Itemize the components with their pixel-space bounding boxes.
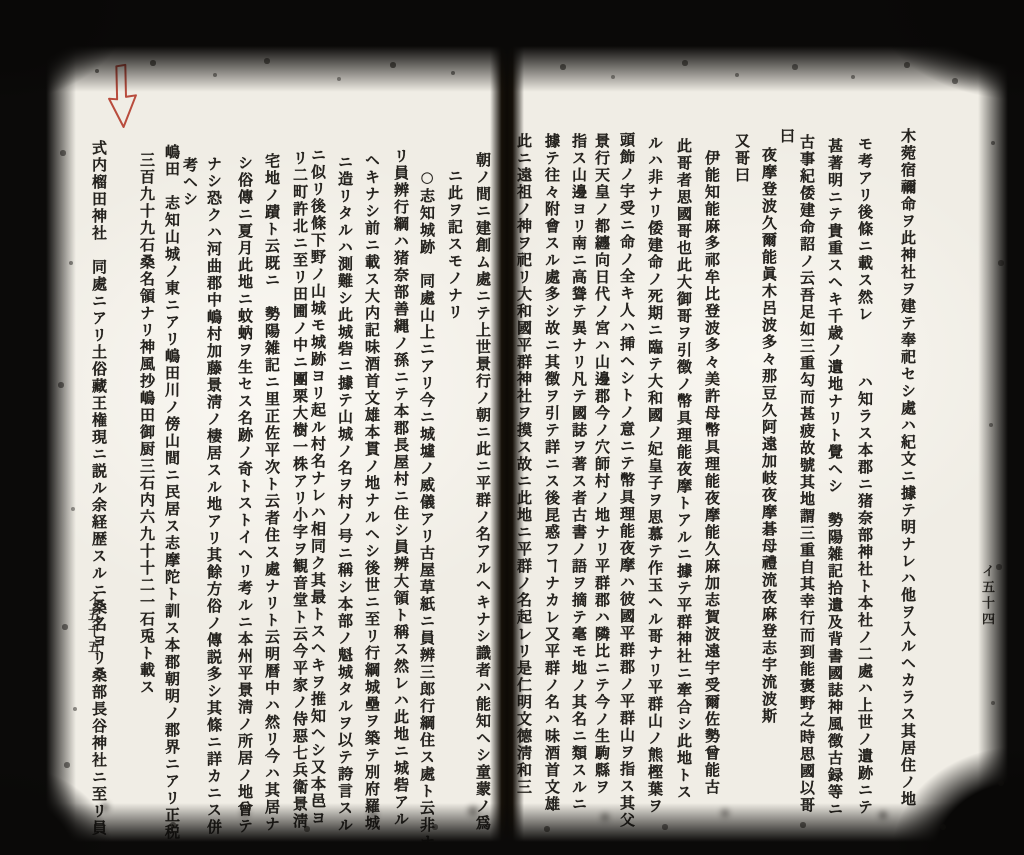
folio-number-right: イ五十四 <box>977 564 996 628</box>
right-page-text-column-13: 指ス山邊ヨリ南ニ高聳テ異ナリ凡テ國誌ヲ著ス者古書ノ語ヲ摘テ毫モ地ノ其名ニ類スルニ <box>569 133 590 813</box>
book-binding-gutter <box>490 0 524 855</box>
left-page-text-column-12: 考ヘシ <box>180 157 201 208</box>
right-page-text-column-2: モ考アリ後條ニ載ス然レ𪜈其眞ハ知ラス本郡ニ猪奈部神社ト本社ノ二處ハ上世ノ遺跡ニテ <box>855 136 876 816</box>
left-page-text-column-14: 三百九十九石桑名領ナリ神風抄嶋田御厨三石内六九十十二一石兎ト載ス <box>137 152 158 696</box>
right-page-text-column-5: 曰 <box>777 128 798 145</box>
left-page-text-column-15: 式内榴田神社 同處ニアリ土俗藏王権現ニ説ル余経歴スルニ桑名ヨリ桑部長谷神社ニ至リ… <box>89 140 110 837</box>
right-page-text-column-12: 景行天皇ノ都纏向日代ノ宮ハ山邊郡今ノ穴師村ノ地ナリ平群郡ハ隣比ニテ今ノ生駒縣ヲ <box>592 133 613 796</box>
left-page-text-column-9: 宅地ノ蹟ト云既ニ 勢陽雑記ニ里正佐平次ト云者住ス處ナリト云明暦中ハ然リ今ハ其居ナ <box>262 153 283 833</box>
right-page-text-column-1: 木菀宿禰命ヲ此神社ヲ建テ奉祀セシ處ハ紀文ニ據テ明ナレハ他ヲ入ルヘカラス其居住ノ地 <box>898 128 919 808</box>
right-page-text-column-6: 夜摩登波久爾能眞木呂波多々那豆久阿遠加岐夜摩碁母禮流夜麻登志宇流波斯 <box>759 147 780 725</box>
scan-noise-speckles <box>0 0 2 2</box>
left-page-text-column-4: リ員辨行綱ハ猪奈部善縄ノ孫ニテ本郡長屋村ニ住シ員辨大領ト稱ス然レハ此地ニ城砦アル <box>391 148 412 828</box>
right-page-text-column-7: 又哥曰 <box>732 133 753 184</box>
left-page-text-column-2: ニ此ヲ記スモノナリ <box>445 168 466 321</box>
right-page-text-column-9: 此哥者思國哥也此大御哥ヲ引徴ノ幣具理能夜摩トアルニ據テ平群神社ニ牽合シ此地トス <box>674 138 695 801</box>
right-page-text-column-11: 頭飾ノ宇受ニ命ノ全キ人ハ挿ヘシトノ意ニテ幣具理能夜摩ハ彼國平群郡ノ平群山ヲ指ス其… <box>617 132 638 829</box>
book-scan: 木菀宿禰命ヲ此神社ヲ建テ奉祀セシ處ハ紀文ニ據テ明ナレハ他ヲ入ルヘカラス其居住ノ地… <box>0 0 1024 855</box>
left-page-text-column-6: ニ造リタルハ測難シ此城砦ニ據テ山城ノ名ヲ村ノ号ニ稱シ本部ノ魁城タルヲ以テ誇言スル <box>335 154 356 834</box>
red-arrow-annotation-icon <box>104 62 142 132</box>
right-page-text-column-4: 古事紀倭建命詔ノ云吾足如三重勾而甚疲故號其地謂三重自其幸行而到能褒野之時思國以哥 <box>797 134 818 814</box>
left-page-text-column-10: シ俗傳ニ夏月此地ニ蚊蚋ヲ生セス名跡ノ奇トストイヘリ考ルニ本州平景淸ノ所居ノ地曾テ <box>235 155 256 835</box>
left-page-text-column-7: ニ似リ後條下野ノ山城モ城跡ヨリ起ル村名ナレハ相同ク其最トスヘキヲ推知ヘシ又本邑ヨ <box>308 147 329 827</box>
left-page-text-column-11: ナシ恐クハ河曲郡中嶋村加藤景淸ノ棲居スル地アリ其餘方俗ノ傳説多シ其條ニ詳カニス併 <box>204 156 225 836</box>
left-page-text-column-5: ヘキナシ前ニ載ス大内記味酒首文雄本貫ノ地ナルヘシ後世ニ至リ行綱城壘ヲ築テ別府羅城 <box>362 152 383 832</box>
left-page-text-column-3: ○志知城跡 同處山上ニアリ今ニ城墟ノ威儀アリ古屋草紙ニ員辨三郎行綱住ス處ト云非ナ <box>417 168 438 851</box>
right-page-text-column-3: 甚著明ニテ貴重スヘキ千歳ノ遺地ナリト覺ヘシ 勢陽雑記拾遺及背書國誌神風徴古録等ニ <box>825 138 846 818</box>
right-page-text-column-8: 伊能知能麻多祁牟比登波多々美許母幣具理能夜摩能久麻加志賀波遠宇受爾佐勢曾能古 <box>702 150 723 796</box>
right-page-text-column-10: ルハ非ナリ倭建命ノ死期ニ臨テ大和國ノ妃皇子ヲ思慕テ作玉ヘル哥ナリ平群山ノ熊樫葉ヲ <box>645 135 666 815</box>
folio-number-left: イ五十五 <box>83 592 102 656</box>
left-page-text-column-13: 嶋田 志知山城ノ東ニアリ嶋田川ノ傍山間ニ民居ス志摩陀ト訓ス本郡朝明ノ郡界ニアリ正… <box>162 144 183 841</box>
left-page-text-column-8: リ二町許北ニ至リ田圃ノ中ニ團栗大樹一株アリ小字ヲ観音堂ト云今平家ノ侍惡七兵衛景淸 <box>290 150 311 830</box>
right-page-text-column-14: 據テ往々附會スル處多シ故ニ其徴ヲ引テ詳ニス後昆惑フヿナカレ又平群ノ名ハ味酒首文雄 <box>542 133 563 813</box>
